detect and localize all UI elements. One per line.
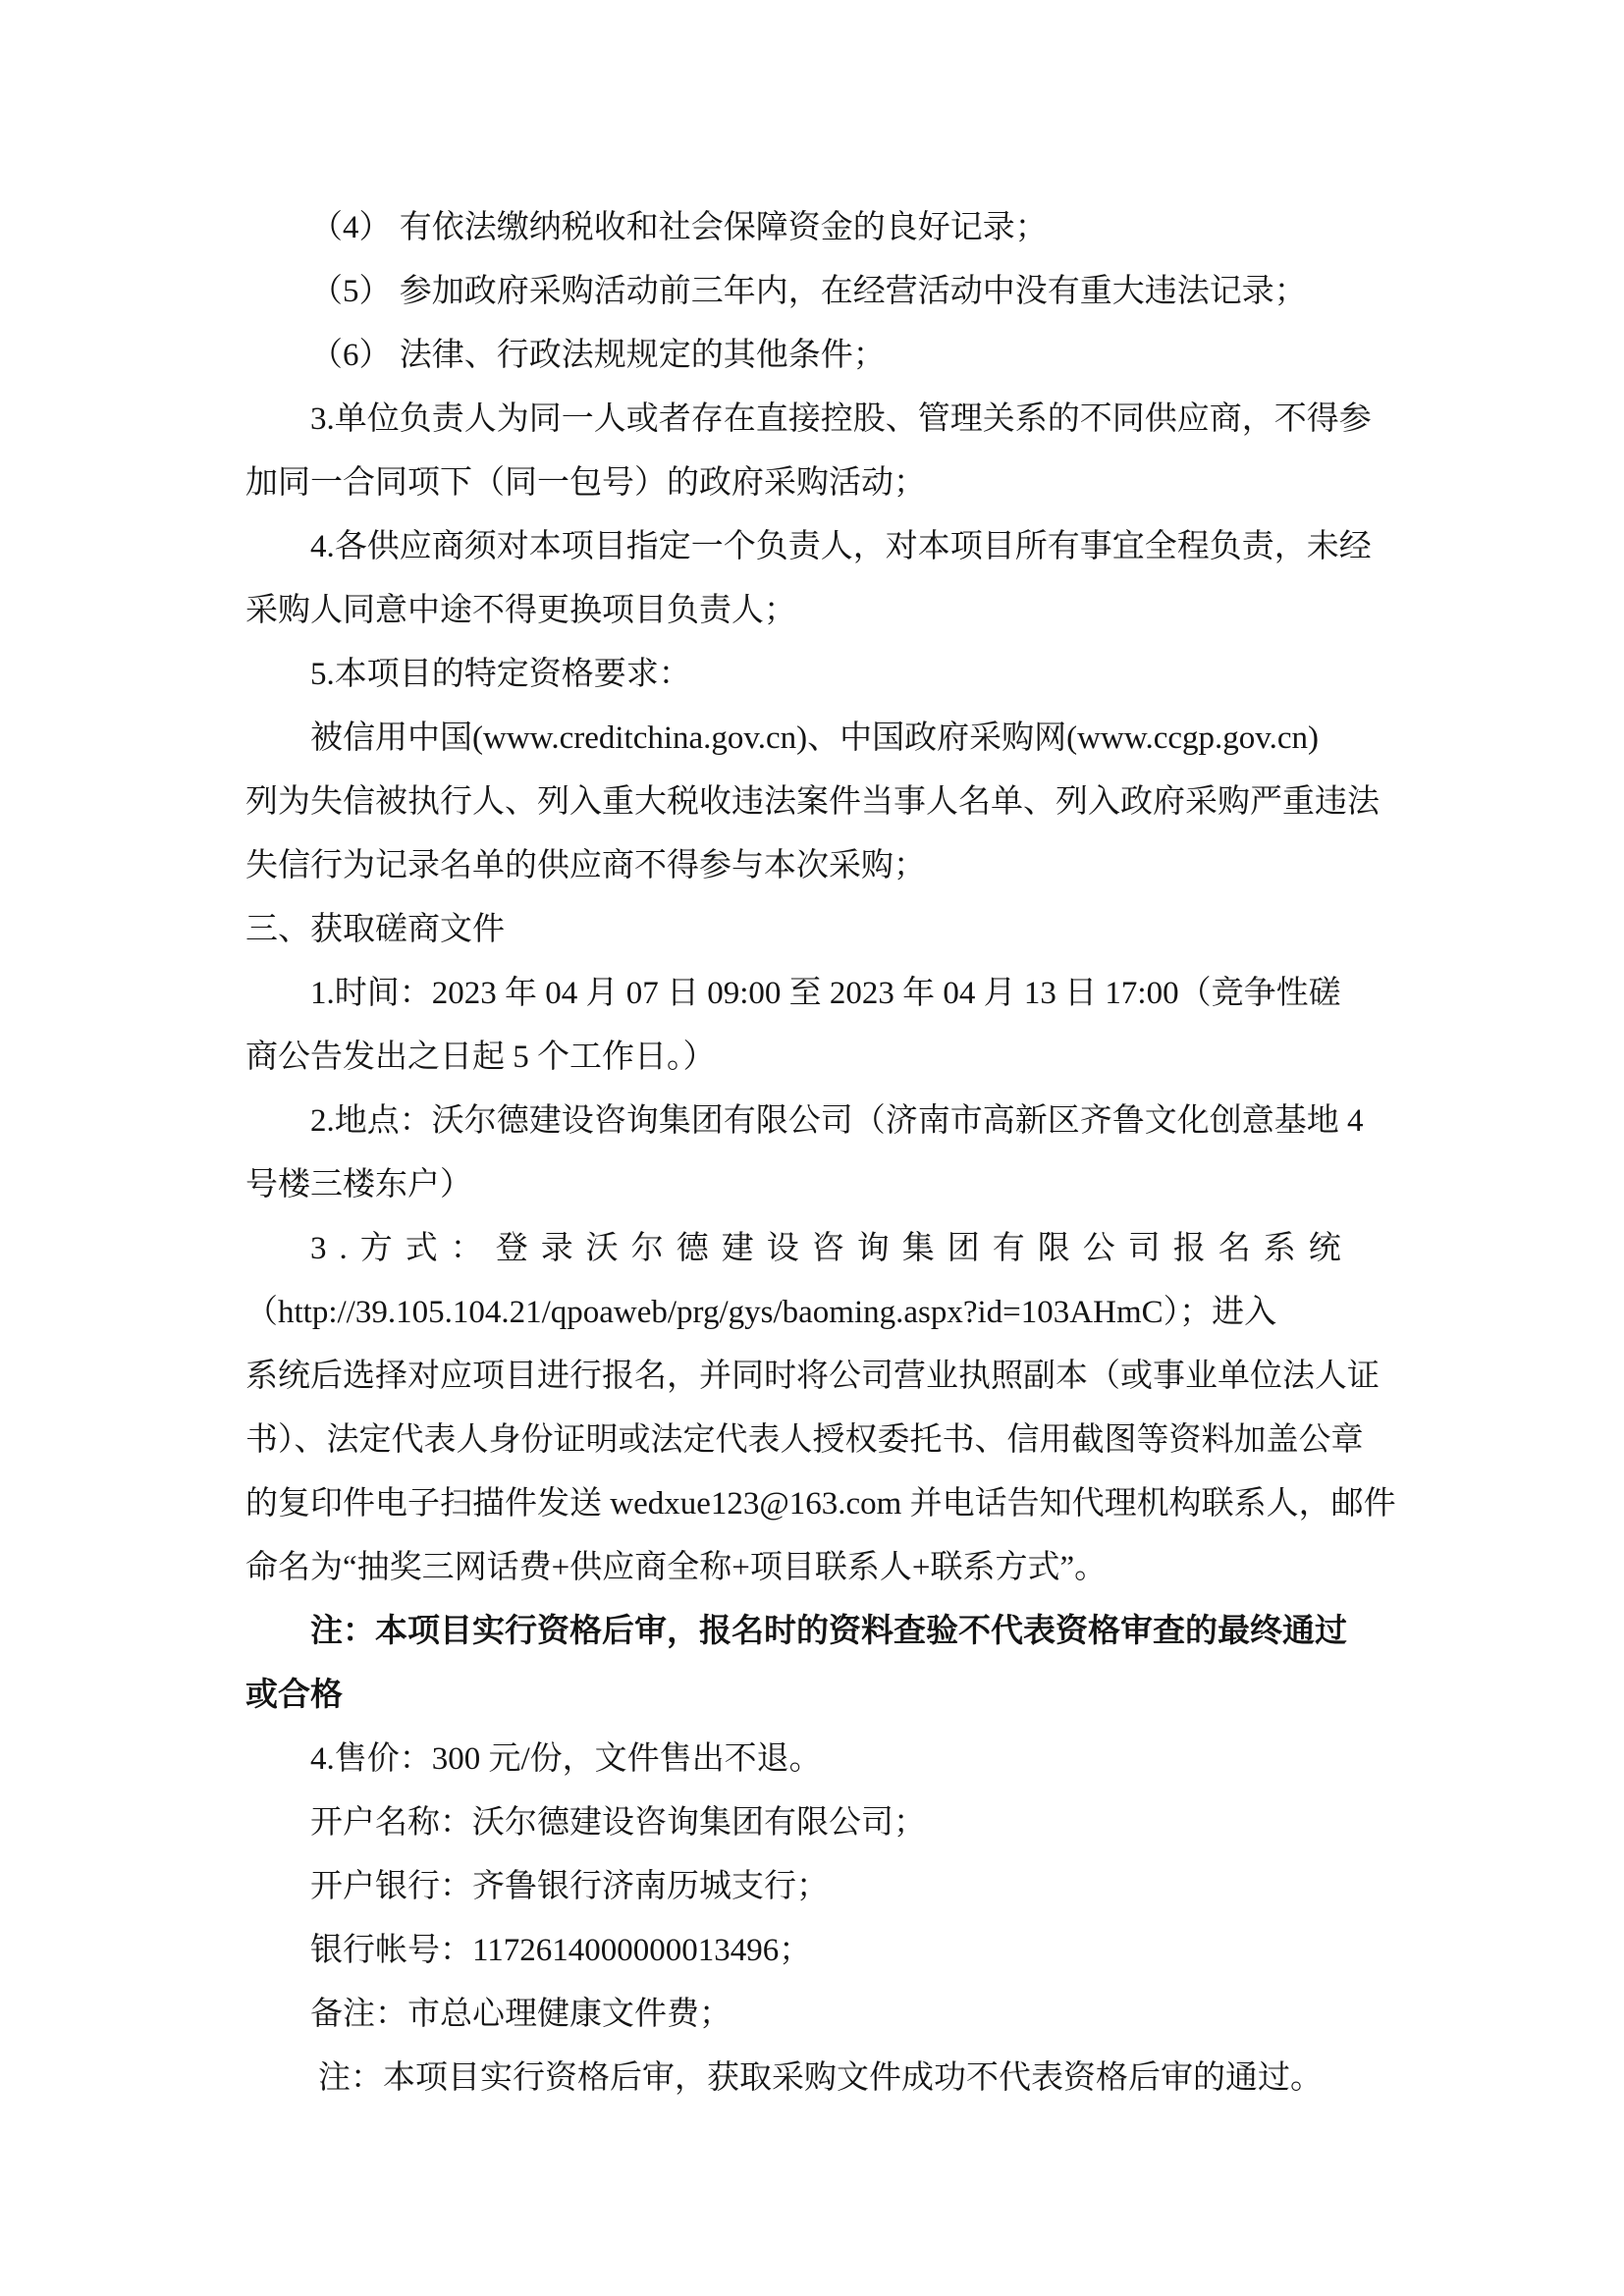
note-post-qualification-bold-line1: 注：本项目实行资格后审，报名时的资料查验不代表资格审查的最终通过: [245, 1600, 1467, 1664]
item-3-method-email-line: 的复印件电子扫描件发送 wedxue123@163.com 并电话告知代理机构联…: [245, 1472, 1467, 1536]
para-3-same-responsible-person-line2: 加同一合同项下（同一包号）的政府采购活动；: [245, 452, 1467, 515]
bank-name-line: 开户银行：齐鲁银行济南历城支行；: [245, 1855, 1467, 1919]
bank-account-number-line: 银行帐号：1172614000000013496；: [245, 1919, 1467, 1983]
account-name-line: 开户名称：沃尔德建设咨询集团有限公司；: [245, 1791, 1467, 1855]
item-2-location-line1: 2.地点：沃尔德建设咨询集团有限公司（济南市高新区齐鲁文化创意基地 4: [245, 1090, 1467, 1153]
para-credit-china-line2: 列为失信被执行人、列入重大税收违法案件当事人名单、列入政府采购严重违法: [245, 771, 1467, 834]
item-3-method-line1: 3.方式：登录沃尔德建设咨询集团有限公司报名系统: [245, 1217, 1467, 1281]
clause-6-other-conditions: （6） 法律、行政法规规定的其他条件；: [245, 324, 1467, 388]
item-3-method-line3: 系统后选择对应项目进行报名，并同时将公司营业执照副本（或事业单位法人证: [245, 1345, 1467, 1409]
para-4-project-leader-line2: 采购人同意中途不得更换项目负责人；: [245, 579, 1467, 643]
item-2-location-line2: 号楼三楼东户）: [245, 1153, 1467, 1217]
document-body: （4） 有依法缴纳税收和社会保障资金的良好记录； （5） 参加政府采购活动前三年…: [245, 196, 1467, 2110]
para-5-specific-qualification: 5.本项目的特定资格要求：: [245, 643, 1467, 707]
section-heading-obtain-documents: 三、获取磋商文件: [245, 898, 1467, 962]
clause-4-tax-social-security: （4） 有依法缴纳税收和社会保障资金的良好记录；: [245, 196, 1467, 260]
item-3-method-line6: 命名为“抽奖三网话费+供应商全称+项目联系人+联系方式”。: [245, 1536, 1467, 1600]
item-3-method-registration-url: （http://39.105.104.21/qpoaweb/prg/gys/ba…: [245, 1281, 1467, 1345]
document-page: （4） 有依法缴纳税收和社会保障资金的良好记录； （5） 参加政府采购活动前三年…: [0, 0, 1624, 2296]
remark-line: 备注：市总心理健康文件费；: [245, 1983, 1467, 2047]
clause-5-no-major-violations: （5） 参加政府采购活动前三年内，在经营活动中没有重大违法记录；: [245, 260, 1467, 324]
item-4-price: 4.售价：300 元/份，文件售出不退。: [245, 1728, 1467, 1791]
item-1-time-line2: 商公告发出之日起 5 个工作日。）: [245, 1026, 1467, 1090]
para-credit-china-line1: 被信用中国(www.creditchina.gov.cn)、中国政府采购网(ww…: [245, 707, 1467, 771]
item-1-time-line1: 1.时间：2023 年 04 月 07 日 09:00 至 2023 年 04 …: [245, 962, 1467, 1026]
para-credit-china-line3: 失信行为记录名单的供应商不得参与本次采购；: [245, 834, 1467, 898]
note-post-qualification-bold-line2: 或合格: [245, 1664, 1467, 1728]
final-note-line: 注：本项目实行资格后审，获取采购文件成功不代表资格后审的通过。: [245, 2047, 1467, 2110]
para-4-project-leader-line1: 4.各供应商须对本项目指定一个负责人，对本项目所有事宜全程负责，未经: [245, 515, 1467, 579]
para-3-same-responsible-person-line1: 3.单位负责人为同一人或者存在直接控股、管理关系的不同供应商，不得参: [245, 388, 1467, 452]
item-3-method-line4: 书）、法定代表人身份证明或法定代表人授权委托书、信用截图等资料加盖公章: [245, 1409, 1467, 1472]
